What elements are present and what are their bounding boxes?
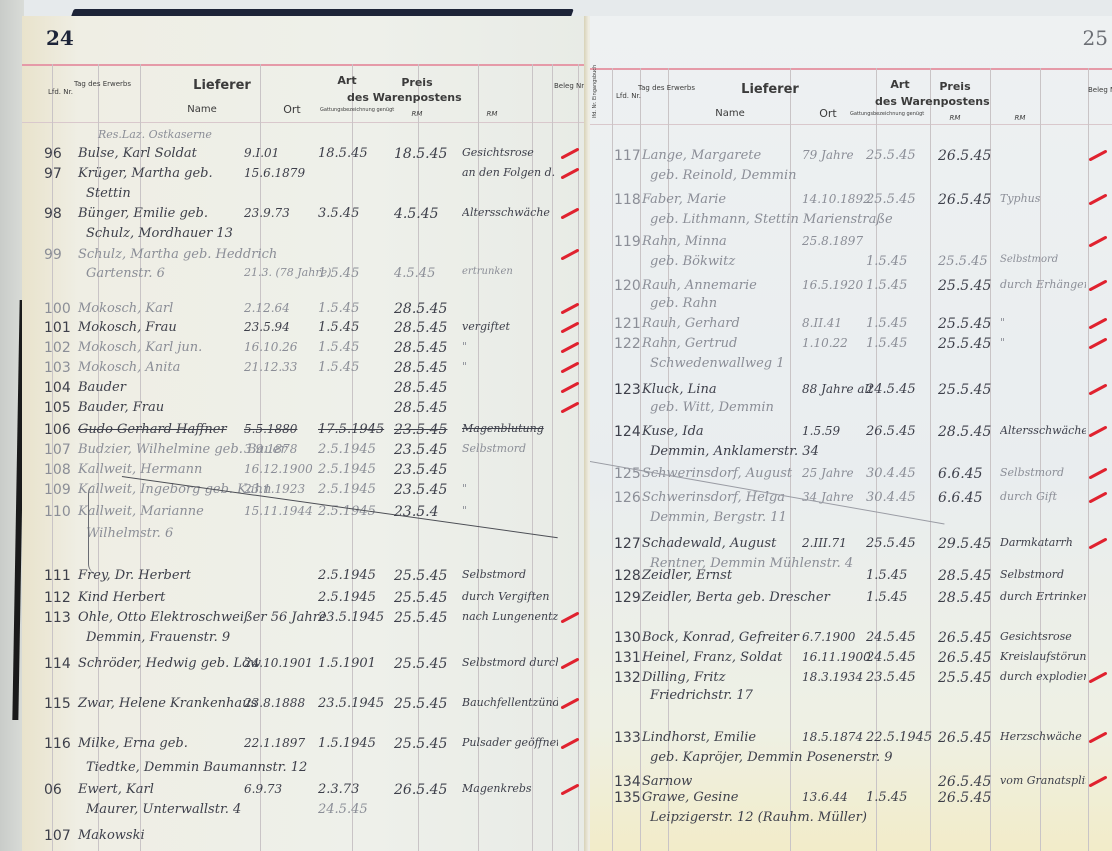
entry-remark: durch Gift (1000, 490, 1057, 503)
entry-name: Makowski (78, 828, 145, 843)
entry-birth: 6.7.1900 (802, 630, 855, 644)
entry-name: Rauh, Gerhard (642, 316, 740, 331)
entry-date-death: 23.5.1945 (318, 610, 384, 625)
header-name: Name (700, 110, 760, 118)
header-des-warenpostens: des Warenpostens (347, 91, 457, 104)
entry-remark: nach Lungenentzündung (462, 610, 558, 623)
entry-number: 108 (44, 462, 71, 478)
header-gattungsbezeichnung: Gattungsbezeichnung genügt (320, 107, 382, 113)
entry-remark: Gesichtsrose (1000, 630, 1072, 643)
checkmark-icon (560, 697, 579, 709)
header-currency-2: RM (482, 110, 502, 118)
entry-name: Kind Herbert (78, 590, 165, 605)
entry-continuation: Schulz, Mordhauer 13 (86, 226, 233, 241)
entry-date-death: 23.5.45 (866, 670, 916, 685)
entry-date-death: 1.5.45 (318, 266, 359, 281)
checkmark-icon (560, 401, 579, 413)
entry-number: 131 (614, 650, 641, 666)
entry-birth: 5.5.1880 (244, 422, 297, 436)
ledger-photo: 24 Lfd. Nr.Tag des ErwerbsLiefererNameOr… (0, 0, 1112, 851)
entry-number: 117 (614, 148, 641, 164)
entry-birth: 1.10.22 (802, 336, 848, 350)
entry-date-death: 25.5.45 (866, 148, 916, 163)
entry-date-death: 1.5.45 (318, 301, 359, 316)
entry-date-entry: 26.5.45 (938, 630, 991, 646)
entry-remark: Pulsader geöffnet (462, 736, 558, 749)
left-page: 24 Lfd. Nr.Tag des ErwerbsLiefererNameOr… (22, 16, 590, 851)
checkmark-icon (560, 737, 579, 749)
entry-name: Milke, Erna geb. (78, 736, 188, 751)
entry-birth: 1.5.59 (802, 424, 840, 438)
entry-continuation: geb. Witt, Demmin (650, 400, 774, 415)
entry-date-entry: 26.5.45 (938, 192, 991, 208)
entry-date-death: 1.5.45 (866, 590, 907, 605)
header-divider (22, 122, 590, 123)
entry-date-death: 1.5.45 (866, 568, 907, 583)
entry-number: 116 (44, 736, 71, 752)
entry-date-death: 2.5.1945 (318, 442, 376, 457)
entry-birth: 34 Jahre (802, 490, 854, 504)
entry-remark: Selbstmord (462, 568, 526, 581)
entry-date-death: 26.5.45 (866, 424, 916, 439)
entry-date-entry: 25.5.45 (394, 656, 447, 672)
entry-number: 122 (614, 336, 641, 352)
entry-name: Mokosch, Karl (78, 301, 173, 316)
header-lfd-nr: Lfd. Nr. (48, 88, 70, 96)
entry-number: 105 (44, 400, 71, 416)
header-side-label: lfd. Nr. Eingangsbuch (592, 78, 598, 118)
entry-continuation: Schwedenwallweg 1 (650, 356, 785, 371)
entry-date-entry: 26.5.45 (938, 148, 991, 164)
header-preis: Preis (397, 76, 437, 89)
entry-name: Bock, Konrad, Gefreiter (642, 630, 799, 645)
entry-birth: 18.5.1874 (802, 730, 863, 744)
entry-date-entry: 28.5.45 (394, 340, 447, 356)
checkmark-icon (1088, 731, 1107, 743)
entry-continuation: Demmin, Frauenstr. 9 (86, 630, 230, 645)
entry-birth: 2.III.71 (802, 536, 847, 550)
header-des-warenpostens: des Warenpostens (875, 95, 985, 108)
entry-remark: " (462, 360, 467, 373)
entry-remark: " (462, 504, 467, 517)
entry-date-death: 1.5.45 (866, 278, 907, 293)
header-ort: Ort (808, 110, 848, 118)
checkmark-icon (560, 248, 579, 260)
entry-remark: vom Granatsplitter getroffen (1000, 774, 1086, 787)
header-name: Name (172, 106, 232, 114)
header-lieferer: Lieferer (142, 78, 302, 93)
right-page: 25 Lfd. Nr.Tag des ErwerbsLiefererNameOr… (590, 16, 1112, 851)
entry-date-death: 30.4.45 (866, 490, 916, 505)
entry-name: Bünger, Emilie geb. (78, 206, 208, 221)
entry-number: 133 (614, 730, 641, 746)
page-number-left: 24 (46, 26, 74, 50)
entry-date-entry: 28.5.45 (938, 424, 991, 440)
column-rule (352, 64, 353, 851)
checkmark-icon (560, 657, 579, 669)
entry-date-death: 1.5.45 (318, 340, 359, 355)
header-currency-1: RM (945, 114, 965, 122)
entry-remark: " (462, 482, 467, 495)
entry-date-entry: 25.5.45 (938, 336, 991, 352)
entry-birth: 15.11.1944 (244, 504, 313, 518)
entry-continuation: Demmin, Anklamerstr. 34 (650, 444, 819, 459)
entry-name: Schadewald, August (642, 536, 776, 551)
entry-number: 100 (44, 301, 71, 317)
entry-remark: an den Folgen d. Vergiftung (462, 166, 558, 179)
entry-number: 111 (44, 568, 71, 584)
entry-date-death: 25.5.45 (866, 192, 916, 207)
entry-remark: Altersschwäche (462, 206, 550, 219)
entry-date-entry: 26.5.45 (938, 790, 991, 806)
entry-date-entry: 23.5.45 (394, 462, 447, 478)
entry-birth: 16.11.1900 (802, 650, 871, 664)
entry-name: Ohle, Otto Elektroschweißer 56 Jahre (78, 610, 327, 625)
column-rule (532, 64, 533, 851)
entry-remark: Magenblutung (462, 422, 544, 435)
entry-remark: Selbstmord (462, 442, 526, 455)
entry-date-entry: 28.5.45 (394, 360, 447, 376)
entry-date-entry: 4.5.45 (394, 206, 439, 222)
entry-date-entry: 6.6.45 (938, 466, 983, 482)
entry-number: 112 (44, 590, 71, 606)
entry-birth: 21.12.33 (244, 360, 297, 374)
entry-name: Rahn, Gertrud (642, 336, 737, 351)
checkmark-icon (1088, 425, 1107, 437)
entry-date-entry: 6.6.45 (938, 490, 983, 506)
entry-date-death: 1.5.45 (318, 320, 359, 335)
checkmark-icon (1088, 467, 1107, 479)
entry-birth: 23.8.1888 (244, 696, 305, 710)
checkmark-icon (1088, 235, 1107, 247)
entry-number: 99 (44, 247, 62, 263)
checkmark-icon (1088, 491, 1107, 503)
entry-remark: Typhus (1000, 192, 1040, 205)
checkmark-icon (560, 302, 579, 314)
entry-birth: 3.9.1878 (244, 442, 297, 456)
entry-name: Zwar, Helene Krankenhaus (78, 696, 257, 711)
header-tag-des-erwerbs: Tag des Erwerbs (638, 84, 668, 92)
entry-birth: 22.1.1897 (244, 736, 305, 750)
entry-name: Bauder (78, 380, 126, 395)
entry-continuation: geb. Kapröjer, Demmin Posenerstr. 9 (650, 750, 893, 765)
entry-date-entry: 26.5.45 (938, 774, 991, 790)
entry-number: 134 (614, 774, 641, 790)
entry-name: Lange, Margarete (642, 148, 761, 163)
entry-number: 96 (44, 146, 62, 162)
checkmark-icon (1088, 383, 1107, 395)
entry-birth: 15.6.1879 (244, 166, 305, 180)
entry-birth: 79 Jahre (802, 148, 854, 162)
entry-birth: 24.10.1901 (244, 656, 313, 670)
column-rule (478, 64, 479, 851)
entry-date-entry: 26.5.45 (938, 650, 991, 666)
column-rule (1088, 68, 1089, 851)
entry-date-entry: 28.5.45 (394, 400, 447, 416)
entry-birth: 14.10.1892 (802, 192, 871, 206)
entry-continuation: geb. Lithmann, Stettin Marienstraße (650, 212, 893, 227)
entry-date-death: 25.5.45 (866, 536, 916, 551)
entry-number: 132 (614, 670, 641, 686)
entry-date-death: 1.5.45 (866, 336, 907, 351)
entry-name: Sarnow (642, 774, 692, 789)
entry-number: 120 (614, 278, 641, 294)
entry-date-entry: 25.5.45 (394, 568, 447, 584)
entry-continuation: Maurer, Unterwallstr. 4 (86, 802, 241, 817)
entry-remark: Selbstmord (1000, 466, 1064, 479)
entry-date-death: 18.5.45 (318, 146, 368, 161)
entry-remark: durch Ertrinken (1000, 590, 1086, 603)
entry-name: Rahn, Minna (642, 234, 727, 249)
header-beleg: Beleg Nr.? (wo?) (1088, 84, 1112, 97)
entry-number: 123 (614, 382, 641, 398)
entry-date-entry: 28.5.45 (394, 301, 447, 317)
entry-date-death: 2.5.1945 (318, 590, 376, 605)
header-lfd-nr: Lfd. Nr. (616, 92, 638, 100)
entry-continuation: geb. Reinold, Demmin (650, 168, 797, 183)
entry-birth: 23.9.73 (244, 206, 290, 220)
column-rule (98, 64, 99, 851)
entry-date-entry: 25.5.45 (938, 278, 991, 294)
entry-remark: durch Vergiften (462, 590, 549, 603)
entry-number: 110 (44, 504, 71, 520)
checkmark-icon (560, 321, 579, 333)
checkmark-icon (1088, 337, 1107, 349)
entry-date-entry: 18.5.45 (394, 146, 447, 162)
entry-date-death: 2.5.1945 (318, 462, 376, 477)
entry-date-entry: 26.5.45 (394, 782, 447, 798)
entry-remark: vergiftet (462, 320, 510, 333)
entry-name: Dilling, Fritz (642, 670, 725, 685)
entry-date-death: 1.5.45 (866, 316, 907, 331)
header-beleg: Beleg Nr.? (wo?) (554, 80, 578, 93)
column-rule (140, 64, 141, 851)
header-tag-des-erwerbs: Tag des Erwerbs (74, 80, 104, 88)
checkmark-icon (1088, 279, 1107, 291)
entry-continuation: geb. Bökwitz (650, 254, 735, 269)
entry-date-death: 1.5.1945 (318, 736, 376, 751)
checkmark-icon (1088, 537, 1107, 549)
entry-remark: Gesichtsrose (462, 146, 534, 159)
entry-number: 06 (44, 782, 62, 798)
entry-remark: " (462, 340, 467, 353)
checkmark-icon (560, 783, 579, 795)
checkmark-icon (1088, 671, 1107, 683)
entry-name: Rauh, Annemarie (642, 278, 757, 293)
entry-number: 109 (44, 482, 71, 498)
entry-date-death: 2.5.1945 (318, 568, 376, 583)
checkmark-icon (560, 341, 579, 353)
entry-date-death: 24.5.45 (866, 382, 916, 397)
entry-continuation: geb. Rahn (650, 296, 717, 311)
header-art: Art (327, 74, 367, 87)
checkmark-icon (560, 361, 579, 373)
entry-date-death: 3.5.45 (318, 206, 359, 221)
column-rule (612, 68, 613, 851)
entry-remark: Darmkatarrh (1000, 536, 1073, 549)
entry-number: 119 (614, 234, 641, 250)
note-text: Res.Laz. Ostkaserne (98, 128, 212, 141)
entry-date-entry: 4.5.45 (394, 266, 435, 281)
entry-number: 127 (614, 536, 641, 552)
checkmark-icon (1088, 775, 1107, 787)
entry-name: Heinel, Franz, Soldat (642, 650, 782, 665)
entry-date-entry: 25.5.45 (938, 382, 991, 398)
entry-remark: durch Erhängen (1000, 278, 1086, 291)
column-rule (260, 64, 261, 851)
entry-number: 115 (44, 696, 71, 712)
page-number-right: 25 (1083, 26, 1108, 50)
entry-date-entry: 28.5.45 (938, 568, 991, 584)
checkmark-icon (560, 147, 579, 159)
entry-name: Ewert, Karl (78, 782, 154, 797)
entry-remark: Altersschwäche (1000, 424, 1086, 437)
entry-number: 135 (614, 790, 641, 806)
entry-birth: 16.5.1920 (802, 278, 863, 292)
checkmark-icon (1088, 193, 1107, 205)
entry-name: Kallweit, Hermann (78, 462, 202, 477)
entry-number: 128 (614, 568, 641, 584)
entry-date-death: 24.5.45 (318, 802, 368, 817)
entry-date-death: 1.5.1901 (318, 656, 376, 671)
entry-date-entry: 25.5.45 (394, 590, 447, 606)
entry-name: Faber, Marie (642, 192, 726, 207)
entry-name: Bulse, Karl Soldat (78, 146, 197, 161)
header-currency-2: RM (1010, 114, 1030, 122)
entry-birth: 2.12.64 (244, 301, 290, 315)
entry-number: 118 (614, 192, 641, 208)
entry-remark: " (1000, 316, 1005, 329)
entry-continuation: Stettin (86, 186, 131, 201)
entry-date-entry: 28.5.45 (394, 380, 447, 396)
entry-remark: Herzschwäche (1000, 730, 1082, 743)
entry-name: Gudo Gerhard Haffner (78, 422, 227, 437)
entry-date-death: 22.5.1945 (866, 730, 932, 745)
entry-remark: Selbstmord durch Ertrinken (462, 656, 558, 669)
entry-number: 121 (614, 316, 641, 332)
entry-name: Mokosch, Frau (78, 320, 177, 335)
entry-remark: Selbstmord (1000, 568, 1064, 581)
entry-date-entry: 23.5.45 (394, 482, 447, 498)
entry-date-entry: 25.5.45 (938, 670, 991, 686)
column-rule (578, 64, 579, 851)
entry-date-entry: 26.5.45 (938, 730, 991, 746)
entry-name: Mokosch, Anita (78, 360, 180, 375)
entry-date-death: 24.5.45 (866, 630, 916, 645)
entry-name: Kluck, Lina (642, 382, 717, 397)
entry-birth: 23.5.94 (244, 320, 290, 334)
entry-number: 102 (44, 340, 71, 356)
entry-date-entry: 25.5.45 (394, 610, 447, 626)
entry-number: 130 (614, 630, 641, 646)
entry-date-death: 2.5.1945 (318, 482, 376, 497)
checkmark-icon (1088, 317, 1107, 329)
entry-remark: Kreislaufstörung (1000, 650, 1086, 663)
entry-date-entry: 29.5.45 (938, 536, 991, 552)
header-art: Art (880, 78, 920, 91)
entry-continuation: Friedrichstr. 17 (650, 688, 753, 703)
checkmark-icon (560, 207, 579, 219)
bracket-mark (88, 484, 99, 574)
header-preis: Preis (935, 80, 975, 93)
entry-name: Grawe, Gesine (642, 790, 738, 805)
entry-date-death: 1.5.45 (866, 790, 907, 805)
entry-number: 104 (44, 380, 71, 396)
entry-birth: 25.8.1897 (802, 234, 863, 248)
entry-birth: 9.I.01 (244, 146, 279, 160)
entry-name: Kuse, Ida (642, 424, 704, 439)
entry-date-entry: 25.5.45 (938, 316, 991, 332)
entry-continuation: Demmin, Bergstr. 11 (650, 510, 787, 525)
entry-birth: 16.12.1900 (244, 462, 313, 476)
entry-birth: 8.II.41 (802, 316, 842, 330)
header-gattungsbezeichnung: Gattungsbezeichnung genügt (850, 111, 912, 117)
entry-date-death: 1.5.45 (318, 360, 359, 375)
entry-birth: 18.3.1934 (802, 670, 863, 684)
entry-number: 106 (44, 422, 71, 438)
entry-remark: " (1000, 336, 1005, 349)
entry-number: 126 (614, 490, 641, 506)
entry-number: 107 (44, 442, 71, 458)
entry-number: 97 (44, 166, 62, 182)
entry-number: 124 (614, 424, 641, 440)
entry-name: Schröder, Hedwig geb. Löw (78, 656, 261, 671)
entry-date-entry: 23.5.45 (394, 422, 447, 438)
entry-remark: Selbstmord (1000, 254, 1058, 265)
entry-date-death: 23.5.1945 (318, 696, 384, 711)
entry-birth: 25 Jahre (802, 466, 854, 480)
checkmark-icon (1088, 149, 1107, 161)
entry-date-death: 17.5.1945 (318, 422, 384, 437)
entry-continuation: Gartenstr. 6 (86, 266, 165, 281)
entry-birth: 88 Jahre alt (802, 382, 873, 396)
entry-number: 114 (44, 656, 71, 672)
header-currency-1: RM (407, 110, 427, 118)
entry-number: 101 (44, 320, 71, 336)
header-ort: Ort (272, 106, 312, 114)
entry-date-death: 24.5.45 (866, 650, 916, 665)
checkmark-icon (560, 611, 579, 623)
entry-date-entry: 25.5.45 (938, 254, 988, 269)
entry-name: Zeidler, Ernst (642, 568, 732, 583)
entry-date-entry: 25.5.45 (394, 696, 447, 712)
entry-continuation: Tiedtke, Demmin Baumannstr. 12 (86, 760, 307, 775)
checkmark-icon (560, 381, 579, 393)
entry-date-entry: 23.5.45 (394, 442, 447, 458)
column-rule (790, 68, 791, 851)
column-rule (552, 64, 553, 851)
entry-birth: 6.9.73 (244, 782, 282, 796)
entry-remark: ertrunken (462, 266, 513, 277)
entry-remark: Magenkrebs (462, 782, 532, 795)
header-lieferer: Lieferer (690, 82, 850, 97)
checkmark-icon (560, 167, 579, 179)
entry-number: 107 (44, 828, 71, 844)
entry-continuation: Leipzigerstr. 12 (Rauhm. Müller) (650, 810, 867, 825)
entry-number: 98 (44, 206, 62, 222)
entry-number: 129 (614, 590, 641, 606)
entry-name: Krüger, Martha geb. (78, 166, 213, 181)
entry-date-entry: 28.5.45 (938, 590, 991, 606)
entry-name: Lindhorst, Emilie (642, 730, 756, 745)
entry-continuation: Wilhelmstr. 6 (86, 526, 173, 541)
page-header-rule (22, 64, 590, 66)
entry-name: Schulz, Martha geb. Heddrich (78, 247, 277, 262)
entry-name: Zeidler, Berta geb. Drescher (642, 590, 830, 605)
entry-birth: 13.6.44 (802, 790, 848, 804)
entry-date-death: 30.4.45 (866, 466, 916, 481)
entry-date-death: 1.5.45 (866, 254, 907, 269)
